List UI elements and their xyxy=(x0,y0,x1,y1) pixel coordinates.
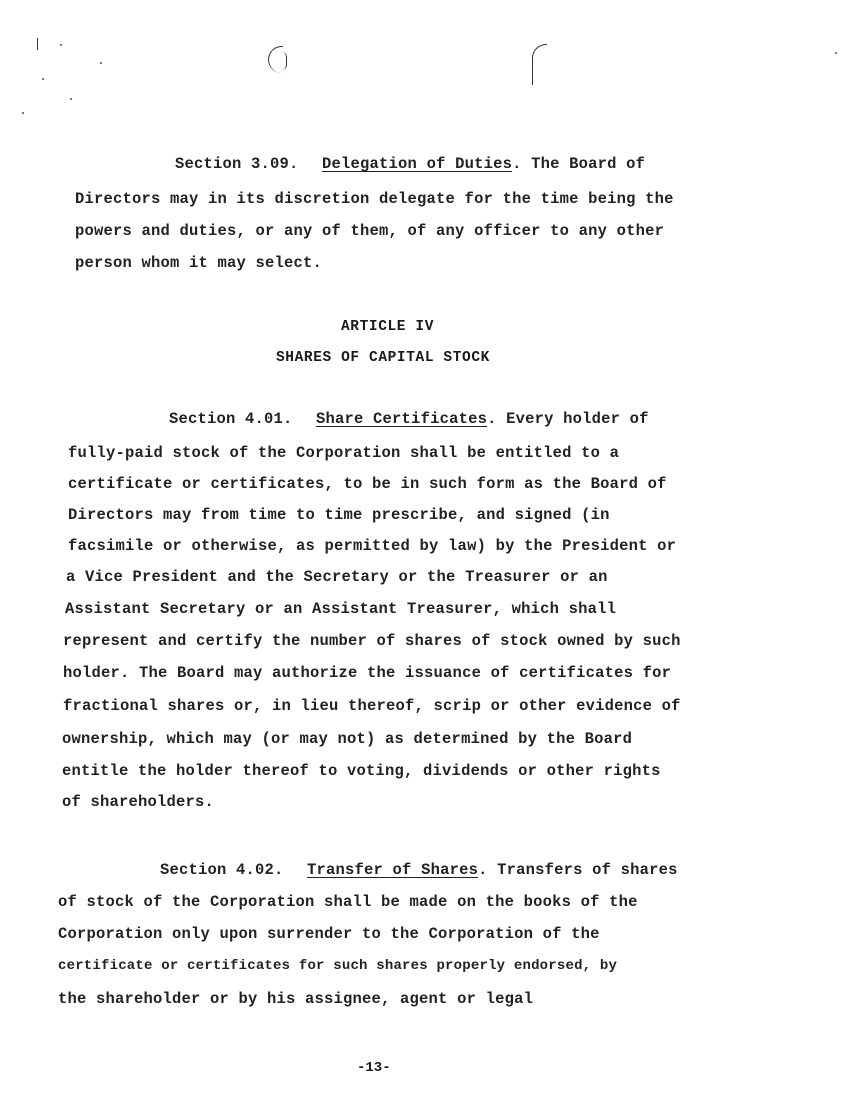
scan-artifact-punch-hole-right xyxy=(282,52,287,70)
speck xyxy=(835,52,837,54)
section-4-01-line: a Vice President and the Secretary or th… xyxy=(66,568,608,586)
section-4-01-after-title: . Every holder of xyxy=(487,410,649,428)
section-4-02-line: of stock of the Corporation shall be mad… xyxy=(58,893,638,911)
section-4-01-line: ownership, which may (or may not) as det… xyxy=(62,730,632,748)
section-4-01-label: Section 4.01. xyxy=(169,410,293,428)
section-4-01-line: certificate or certificates, to be in su… xyxy=(68,475,667,493)
section-4-02-line: Corporation only upon surrender to the C… xyxy=(58,925,600,943)
scan-artifact-punch-hole-2 xyxy=(532,44,547,85)
section-3-09-line: Directors may in its discretion delegate… xyxy=(75,190,674,208)
section-4-01-line: of shareholders. xyxy=(62,793,214,811)
section-4-01-line: Directors may from time to time prescrib… xyxy=(68,506,610,524)
section-4-02-heading-line: Section 4.02. Transfer of Shares. Transf… xyxy=(160,861,678,879)
section-4-01-line: represent and certify the number of shar… xyxy=(63,632,681,650)
page-number: -13- xyxy=(357,1060,391,1076)
section-4-01-line: fractional shares or, in lieu thereof, s… xyxy=(63,697,681,715)
section-4-01-line: fully-paid stock of the Corporation shal… xyxy=(68,444,619,462)
section-4-02-after-title: . Transfers of shares xyxy=(478,861,678,879)
article-number: ARTICLE IV xyxy=(341,319,434,335)
section-3-09-after-title: . The Board of xyxy=(512,155,645,173)
speck xyxy=(22,112,24,114)
section-4-02-title: Transfer of Shares xyxy=(307,861,478,879)
section-4-02-line: certificate or certificates for such sha… xyxy=(58,958,617,974)
article-title: SHARES OF CAPITAL STOCK xyxy=(276,350,490,366)
section-4-01-line: holder. The Board may authorize the issu… xyxy=(63,664,671,682)
section-4-01-line: facsimile or otherwise, as permitted by … xyxy=(68,537,676,555)
section-4-02-label: Section 4.02. xyxy=(160,861,284,879)
speck xyxy=(100,62,102,64)
document-page: Section 3.09. Delegation of Duties. The … xyxy=(0,0,849,1100)
scan-artifact-tick xyxy=(37,38,38,50)
section-3-09-label: Section 3.09. xyxy=(175,155,299,173)
section-3-09-title: Delegation of Duties xyxy=(322,155,512,173)
section-4-01-heading-line: Section 4.01. Share Certificates. Every … xyxy=(169,410,649,428)
section-3-09-heading-line: Section 3.09. Delegation of Duties. The … xyxy=(175,155,645,173)
scan-artifact-punch-hole xyxy=(268,46,283,73)
section-4-02-line: the shareholder or by his assignee, agen… xyxy=(58,990,533,1008)
section-4-01-line: entitle the holder thereof to voting, di… xyxy=(62,762,661,780)
speck xyxy=(42,78,44,80)
speck xyxy=(60,44,62,46)
section-3-09-line: person whom it may select. xyxy=(75,254,322,272)
section-4-01-title: Share Certificates xyxy=(316,410,487,428)
section-4-01-line: Assistant Secretary or an Assistant Trea… xyxy=(65,600,616,618)
speck xyxy=(70,98,72,100)
section-3-09-line: powers and duties, or any of them, of an… xyxy=(75,222,664,240)
